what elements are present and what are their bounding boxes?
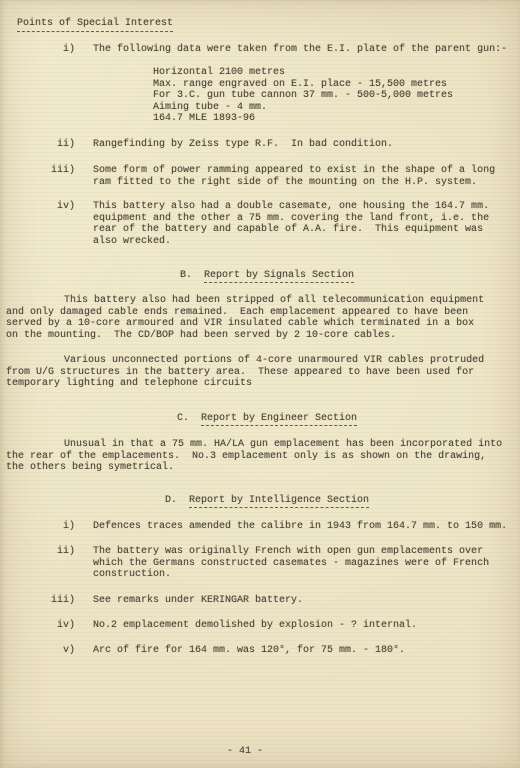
item-text: This battery also had a double casemate,… [93, 201, 514, 213]
signals-paragraph-1: This battery also had been stripped of a… [6, 295, 514, 341]
item-numeral: iii) [0, 165, 75, 177]
list-item-d-iv: iv) No.2 emplacement demolished by explo… [0, 620, 514, 632]
item-text: equipment and the other a 75 mm. coverin… [93, 213, 514, 225]
item-text: Some form of power ramming appeared to e… [93, 165, 514, 177]
paragraph-line: This battery also had been stripped of a… [6, 295, 514, 307]
item-numeral: i) [0, 521, 75, 533]
scanned-report-page: Points of Special Interest i) The follow… [0, 0, 520, 768]
item-text: rear of the battery and capable of A.A. … [93, 224, 514, 236]
item-text: Rangefinding by Zeiss type R.F. In bad c… [93, 139, 514, 151]
item-text: which the Germans constructed casemates … [93, 558, 514, 570]
paragraph-line: the others being symetrical. [6, 462, 514, 474]
section-heading-engineer: C.Report by Engineer Section [0, 413, 520, 425]
list-item-ii: ii) Rangefinding by Zeiss type R.F. In b… [0, 139, 514, 151]
item-numeral: iv) [0, 620, 75, 632]
item-text: See remarks under KERINGAR battery. [93, 595, 514, 607]
section-title: Report by Engineer Section [201, 413, 357, 426]
section-heading-signals: B.Report by Signals Section [0, 270, 520, 282]
list-item-d-v: v) Arc of fire for 164 mm. was 120°, for… [0, 645, 514, 657]
item-text: The following data were taken from the E… [93, 44, 514, 56]
gun-data-line: Horizontal 2100 metres [153, 67, 453, 79]
section-letter: C. [177, 413, 189, 424]
list-item-iii: iii) Some form of power ramming appeared… [0, 165, 514, 188]
paragraph-line: served by a 10-core armoured and VIR ins… [6, 318, 514, 330]
section-letter: D. [165, 495, 177, 506]
section-heading-intelligence: D.Report by Intelligence Section [0, 495, 520, 507]
engineer-paragraph: Unusual in that a 75 mm. HA/LA gun empla… [6, 439, 514, 474]
section-title: Report by Signals Section [204, 270, 354, 283]
paragraph-line: and only damaged cable ends remained. Ea… [6, 307, 514, 319]
paragraph-line: temporary lighting and telephone circuit… [6, 378, 514, 390]
item-numeral: iii) [0, 595, 75, 607]
gun-data-line: Aiming tube - 4 mm. [153, 102, 453, 114]
signals-paragraph-2: Various unconnected portions of 4-core u… [6, 355, 514, 390]
item-numeral: iv) [0, 201, 75, 213]
list-item-iv: iv) This battery also had a double casem… [0, 201, 514, 247]
item-text: Arc of fire for 164 mm. was 120°, for 75… [93, 645, 514, 657]
item-text: also wrecked. [93, 236, 514, 248]
item-numeral: ii) [0, 139, 75, 151]
list-item-d-i: i) Defences traces amended the calibre i… [0, 521, 514, 533]
item-text: construction. [93, 569, 514, 581]
item-text: Defences traces amended the calibre in 1… [93, 521, 514, 533]
paragraph-line: Various unconnected portions of 4-core u… [6, 355, 514, 367]
paragraph-line: on the mounting. The CD/BOP had been ser… [6, 330, 514, 342]
list-item-i: i) The following data were taken from th… [0, 44, 514, 56]
item-text: ram fitted to the right side of the moun… [93, 177, 514, 189]
list-item-d-ii: ii) The battery was originally French wi… [0, 546, 514, 581]
gun-data-block: Horizontal 2100 metres Max. range engrav… [153, 67, 453, 125]
gun-data-line: Max. range engraved on E.I. place - 15,5… [153, 79, 453, 91]
paragraph-line: from U/G structures in the battery area.… [6, 367, 514, 379]
gun-data-line: For 3.C. gun tube cannon 37 mm. - 500-5,… [153, 90, 453, 102]
page-number: - 41 - [0, 746, 505, 758]
item-numeral: ii) [0, 546, 75, 558]
paragraph-line: the rear of the emplacements. No.3 empla… [6, 451, 514, 463]
item-text: The battery was originally French with o… [93, 546, 514, 558]
page-title: Points of Special Interest [17, 18, 173, 32]
section-letter: B. [180, 270, 192, 281]
item-text: No.2 emplacement demolished by explosion… [93, 620, 514, 632]
list-item-d-iii: iii) See remarks under KERINGAR battery. [0, 595, 514, 607]
paragraph-line: Unusual in that a 75 mm. HA/LA gun empla… [6, 439, 514, 451]
gun-data-line: 164.7 MLE 1893-96 [153, 113, 453, 125]
item-numeral: i) [0, 44, 75, 56]
section-title: Report by Intelligence Section [189, 495, 369, 508]
item-numeral: v) [0, 645, 75, 657]
